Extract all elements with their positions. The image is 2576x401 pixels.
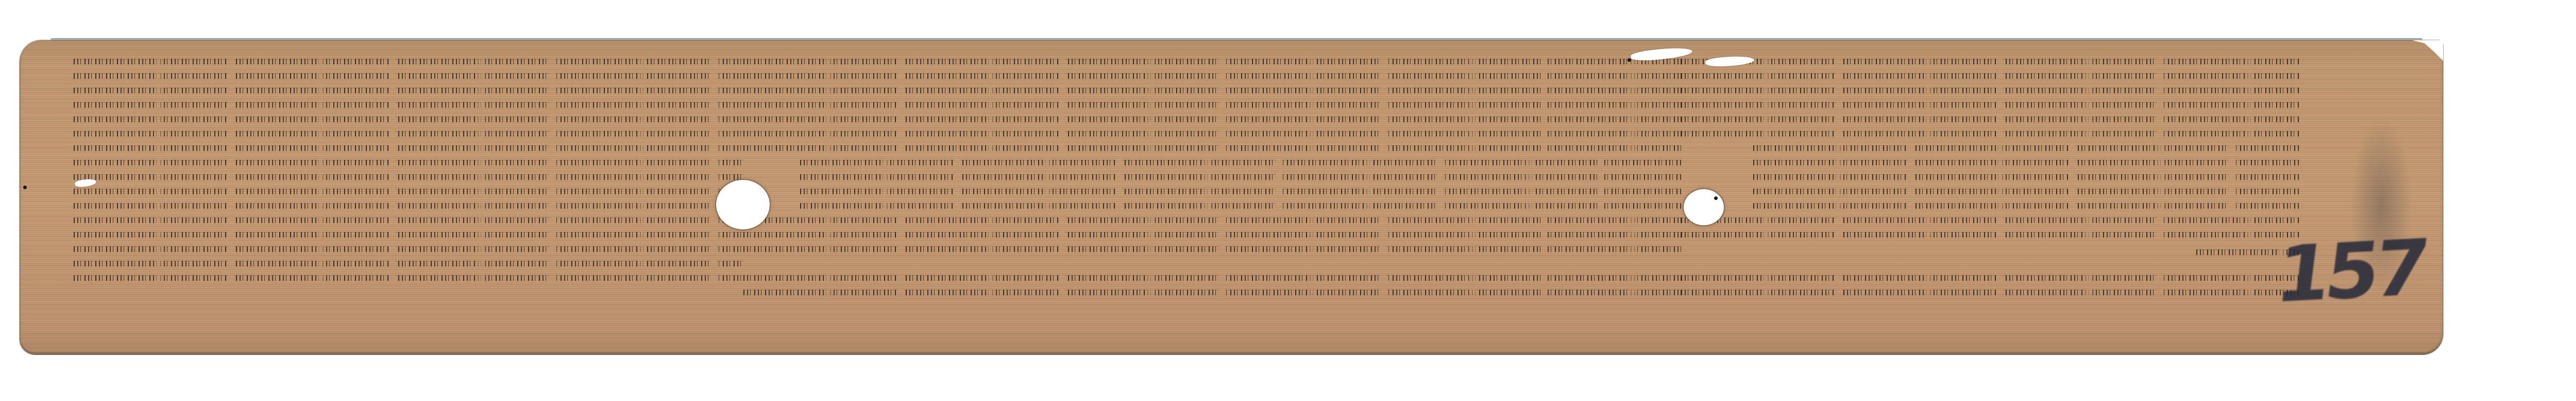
palm-leaf <box>20 40 2443 355</box>
folio-mark-handwritten: 157 <box>2271 223 2429 321</box>
script-line <box>743 229 1681 238</box>
ink-dot <box>1628 58 1631 62</box>
binding-hole-left <box>716 180 770 229</box>
script-line <box>74 56 743 65</box>
script-line <box>1753 142 2299 152</box>
script-line <box>74 113 743 123</box>
script-line <box>74 142 743 152</box>
script-line <box>74 243 743 253</box>
ink-dot <box>1714 196 1718 200</box>
script-line <box>1681 113 2299 123</box>
script-line <box>1681 128 2299 137</box>
ink-dot <box>23 186 27 189</box>
script-line <box>1753 171 2299 180</box>
script-line <box>74 200 743 209</box>
script-line <box>1681 287 2299 296</box>
leaf-top-edge-shadow <box>50 38 2422 41</box>
script-line <box>74 272 743 281</box>
script-line <box>800 171 1681 180</box>
script-line <box>743 272 1681 281</box>
script-line <box>1753 200 2299 209</box>
script-line <box>800 157 1681 166</box>
script-line <box>1681 214 2299 224</box>
script-line <box>74 229 743 238</box>
script-line <box>800 186 1681 195</box>
text-block-middle <box>743 56 1681 344</box>
script-line <box>743 128 1681 137</box>
script-line <box>1681 56 2299 65</box>
script-line <box>74 157 743 166</box>
script-line <box>743 142 1681 152</box>
text-block-left <box>74 56 743 344</box>
script-line <box>74 70 743 79</box>
script-line <box>1681 70 2299 79</box>
script-line <box>74 128 743 137</box>
text-block-right <box>1681 56 2299 344</box>
script-line <box>743 214 1681 224</box>
leaf-damaged-corner <box>2412 40 2443 61</box>
script-line <box>800 200 1681 209</box>
script-line <box>74 258 743 267</box>
script-line <box>743 85 1681 94</box>
script-line <box>1681 229 2299 238</box>
script-line <box>743 287 1681 296</box>
script-line <box>1681 99 2299 108</box>
script-line <box>1681 272 2299 281</box>
script-line <box>1681 85 2299 94</box>
script-line <box>74 214 743 224</box>
script-line <box>74 85 743 94</box>
binding-hole-right <box>1684 189 1724 225</box>
script-line <box>743 243 1681 253</box>
script-line <box>743 113 1681 123</box>
script-line <box>1753 186 2299 195</box>
script-line <box>1753 157 2299 166</box>
script-line <box>743 70 1681 79</box>
script-line <box>743 99 1681 108</box>
manuscript-scan: 157 157 <box>0 0 2576 401</box>
script-line <box>74 186 743 195</box>
script-line <box>74 99 743 108</box>
script-line <box>74 171 743 180</box>
script-line <box>743 56 1681 65</box>
